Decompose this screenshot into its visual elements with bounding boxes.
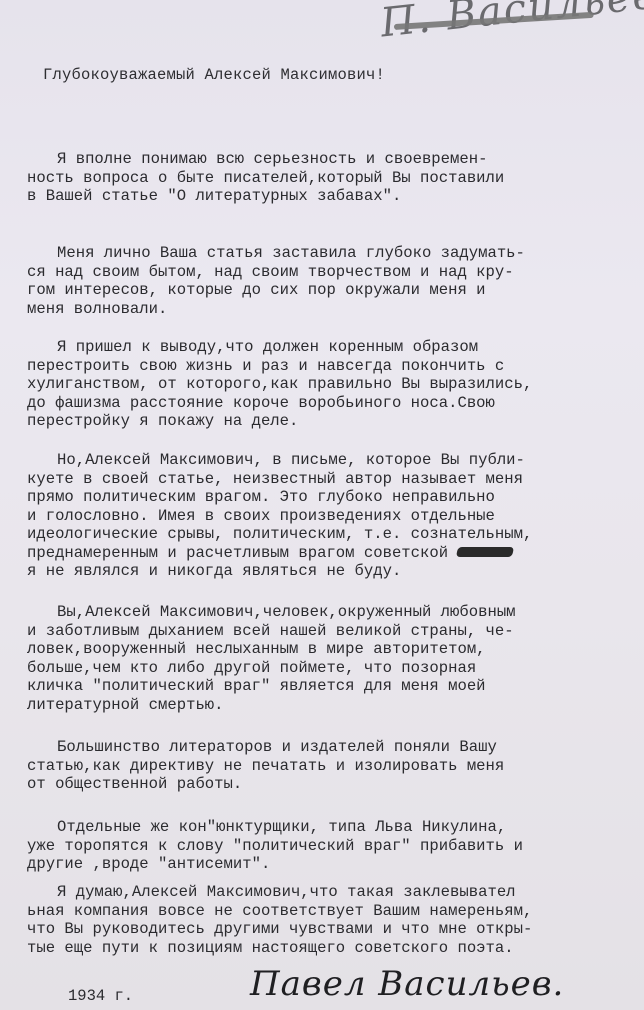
text-line: Я пришел к выводу,что должен коренным об… xyxy=(27,338,630,357)
text-line: идеологические срывы, политическим, т.е.… xyxy=(27,525,630,544)
text-line: Я думаю,Алексей Максимович,что такая зак… xyxy=(27,883,630,902)
text-line: Вы,Алексей Максимович,человек,окруженный… xyxy=(27,603,630,622)
text-line: ся над своим бытом, над своим творчество… xyxy=(27,263,630,282)
text-line: и заботливым дыханием всей нашей великой… xyxy=(27,622,630,641)
text-line: хулиганством, от которого,как правильно … xyxy=(27,375,630,394)
text-line: литературной смертью. xyxy=(27,696,630,715)
text-line: ьная компания вовсе не соответствует Ваш… xyxy=(27,902,630,921)
paragraph-5: Вы,Алексей Максимович,человек,окруженный… xyxy=(27,603,630,714)
text-line: Большинство литераторов и издателей поня… xyxy=(27,738,630,757)
text-line: до фашизма расстояние короче воробьиного… xyxy=(27,394,630,413)
text-line: ловек,вооруженный неслыханным в мире авт… xyxy=(27,640,630,659)
paragraph-2: Меня лично Ваша статья заставила глубоко… xyxy=(27,244,630,318)
text-line: что Вы руководитесь другими чувствами и … xyxy=(27,920,630,939)
text-line: куете в своей статье, неизвестный автор … xyxy=(27,470,630,489)
letter-page: П. Васильев Глубокоуважаемый Алексей Мак… xyxy=(0,0,644,1010)
text-line: прямо политическим врагом. Это глубоко н… xyxy=(27,488,630,507)
text-line: статью,как директиву не печатать и изоли… xyxy=(27,757,630,776)
text-line: другие ,вроде "антисемит". xyxy=(27,855,630,874)
text-line: гом интересов, которые до сих пор окружа… xyxy=(27,281,630,300)
handwritten-signature: Павел Васильев. xyxy=(250,964,564,1004)
text-line: в Вашей статье "О литературных забавах". xyxy=(27,187,630,206)
paragraph-3: Я пришел к выводу,что должен коренным об… xyxy=(27,338,630,431)
text-line: Но,Алексей Максимович, в письме, которое… xyxy=(27,451,630,470)
paragraph-6: Большинство литераторов и издателей поня… xyxy=(27,738,630,794)
text-line: Отдельные же кон"юнктурщики, типа Льва Н… xyxy=(27,818,630,837)
text-line: и голословно. Имея в своих произведениях… xyxy=(27,507,630,526)
text-line: от общественной работы. xyxy=(27,775,630,794)
salutation: Глубокоуважаемый Алексей Максимович! xyxy=(43,66,385,84)
paragraph-1: Я вполне понимаю всю серьезность и своев… xyxy=(27,150,630,206)
text-line: больше,чем кто либо другой поймете, что … xyxy=(27,659,630,678)
letter-date: 1934 г. xyxy=(68,987,133,1005)
text-line: меня волновали. xyxy=(27,300,630,319)
text-line: уже торопятся к слову "политический враг… xyxy=(27,837,630,856)
scribbled-out-word: власти xyxy=(456,547,514,557)
text-line: кличка "политический враг" является для … xyxy=(27,677,630,696)
text-line: Меня лично Ваша статья заставила глубоко… xyxy=(27,244,630,263)
text-line: перестроить свою жизнь и раз и навсегда … xyxy=(27,357,630,376)
paragraph-4: Но,Алексей Максимович, в письме, которое… xyxy=(27,451,630,581)
text-line: ность вопроса о быте писателей,который В… xyxy=(27,169,630,188)
text-line: тые еще пути к позициям настоящего совет… xyxy=(27,939,630,958)
paragraph-7: Отдельные же кон"юнктурщики, типа Льва Н… xyxy=(27,818,630,874)
text-line: я не являлся и никогда являться не буду. xyxy=(27,562,630,581)
text-line: перестройку я покажу на деле. xyxy=(27,412,630,431)
text-line-with-strikethrough: преднамеренным и расчетливым врагом сове… xyxy=(27,544,630,563)
paragraph-8: Я думаю,Алексей Максимович,что такая зак… xyxy=(27,883,630,957)
text-line: Я вполне понимаю всю серьезность и своев… xyxy=(27,150,630,169)
